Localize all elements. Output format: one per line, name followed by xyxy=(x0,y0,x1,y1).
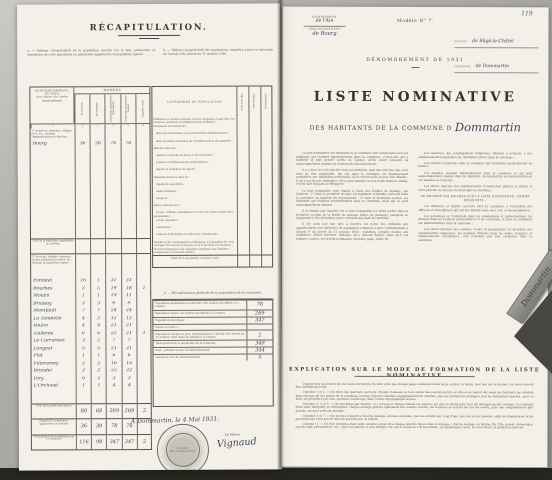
column-header-cell: d'individus (population totale) xyxy=(120,94,135,123)
paragraph: Il ne faudra pas reporter sur la liste n… xyxy=(296,210,408,221)
recapitulation-title: RÉCAPITULATION. xyxy=(17,22,280,33)
canton-line: CANTON de Bâgé-le-Châtel xyxy=(454,27,538,48)
table-a-name-header: QUARTIERS, HAMEAUX, VILLAGES, rues, plac… xyxy=(30,87,74,123)
mayor-signature: Vignaud xyxy=(217,436,258,450)
recap-value: 5 xyxy=(247,355,273,361)
left-page: RÉCAPITULATION. a. — Tableau (récapitula… xyxy=(17,3,282,470)
section1-total-label: Total de la population agglomérée au che… xyxy=(31,239,75,253)
recap-generale-heading: 2. — Récapitulation générale de la popul… xyxy=(152,290,273,295)
instructions-column-2: Les membres des congrégations religieuse… xyxy=(418,152,533,362)
stamp-inner-ring: MAIRIE DE DOMMARTIN xyxy=(166,433,200,467)
instructions-column-1: La liste nominative des habitants de la … xyxy=(296,152,409,362)
canton-label: CANTON xyxy=(455,40,468,43)
commune-name-handwritten: Dommartin xyxy=(455,120,521,134)
denombrement-heading: DÉNOMBREMENT DE 1931 xyxy=(282,58,548,64)
table-b-categories: CATÉGORIES DE POPULATION Sexe masculin S… xyxy=(151,85,273,268)
column-header-cell: d'individus (population municipale) xyxy=(105,94,120,123)
recap-label: Population agglomérée au chef-lieu (1re … xyxy=(153,301,246,310)
section1-label: 1° Quartiers, hameaux, villages, rues, e… xyxy=(31,128,75,141)
total-label: Rappel de la population agglomérée au ch… xyxy=(32,419,76,434)
col-header-cell: Sexe féminin xyxy=(248,87,260,117)
canton-commune-block: CANTON de Bâgé-le-Châtel COMMUNE de Domm… xyxy=(454,27,538,77)
recap-label: absents le jour du dénombrement xyxy=(154,355,247,361)
recap-row: Total général de la population de la com… xyxy=(153,340,272,348)
recap-value: 78 xyxy=(246,300,272,309)
section2-label: 2° Sections, villages, hameaux, écarts, … xyxy=(31,254,75,278)
footnote-a: a. — Tableau (récapitulatif) de la popul… xyxy=(27,49,155,57)
signature-date: À Dommartin, le 4 Mai 1931. xyxy=(131,413,282,425)
department-block: DÉPARTEMENT de l'Ain ARRONDISSEMENT de B… xyxy=(293,16,357,37)
recap-row: (Dont, en outre :) xyxy=(153,323,272,330)
column-header-cell: de maisons xyxy=(74,94,89,123)
maire-label: Le Maire, xyxy=(225,433,241,437)
recap-label: (Dont, en outre :) xyxy=(153,324,246,330)
stamp-text-2: DE DOMMARTIN xyxy=(170,450,196,453)
name-subheader-text: rues, places, etc. (ordre topographique) xyxy=(36,96,67,102)
category-label: Ouvriers étrangers à la commune employés… xyxy=(153,247,237,255)
arrondissement-value: de Bourg xyxy=(293,31,357,37)
book-gutter xyxy=(277,0,284,470)
mairie-stamp: MAIRIE DE DOMMARTIN xyxy=(157,424,209,471)
paragraph: Les personnes en traitement dans les san… xyxy=(418,215,532,226)
ne-doivent-pas-heading: NE DOIVENT PAS FIGURER SUR LA LISTE NOMI… xyxy=(418,195,532,202)
recap-row: Population comptée à part, conformément … xyxy=(153,330,272,340)
table-b-rows: Militaires et marins présents sous les d… xyxy=(152,116,272,255)
table-b-total-row: Total de la population comptée à part xyxy=(153,255,272,268)
column-header-cell: de ménages xyxy=(90,94,105,123)
total-label: Total général de la population de la com… xyxy=(32,435,76,450)
recap-row: absents le jour du dénombrement 5 xyxy=(154,354,273,362)
departement-value: de l'Ain xyxy=(293,19,357,24)
column-header-text: d'individus (population totale) xyxy=(125,94,130,123)
table-a-nombre-group: NOMBRE de maisonsde ménagesd'individus (… xyxy=(74,87,150,123)
recap-value: 347 xyxy=(246,317,272,323)
table-b-header: CATÉGORIES DE POPULATION Sexe masculin S… xyxy=(152,86,271,117)
recap-row: Population éparse (2e section du tableau… xyxy=(153,309,272,317)
empty-rows-filler xyxy=(31,150,150,239)
paragraph: Colonnes 1 et 2. — Les noms des quartier… xyxy=(296,391,534,402)
column-header-cell: comptés à part xyxy=(135,94,150,123)
section1-total-row: Total de la population agglomérée au che… xyxy=(31,238,150,254)
table-a-header: QUARTIERS, HAMEAUX, VILLAGES, rues, plac… xyxy=(30,87,149,124)
commune-label: COMMUNE xyxy=(454,65,470,68)
total-row: Total de la population éparse 80 68 269 … xyxy=(32,402,151,418)
page-number: 119 xyxy=(521,10,532,17)
paragraph: Les malades résidant habituellement dans… xyxy=(418,172,532,183)
column-header-text: d'individus (population municipale) xyxy=(110,94,115,123)
paragraph: La liste nominative des habitants de la … xyxy=(296,152,408,167)
paragraph: Les élèves internes des collèges, écoles… xyxy=(418,228,532,243)
gap-row xyxy=(32,390,151,403)
paragraph: Chaque liste ne portera qu'une seule ins… xyxy=(296,383,534,390)
category-row: Ouvriers étrangers à la commune employés… xyxy=(153,247,272,255)
paragraph: Les militaires et marins casernés dans l… xyxy=(418,205,532,212)
paragraph: Il n'y aura pas non plus à inscrire les … xyxy=(296,223,408,241)
liste-nominative-title: LISTE NOMINATIVE xyxy=(282,89,548,106)
column-header-text: de ménages xyxy=(96,102,99,116)
commune-value: de Dommartin xyxy=(476,64,510,69)
col-header-cell: Sexe masculin xyxy=(236,87,248,117)
recap-label: Population municipale xyxy=(153,317,246,323)
paragraph: Les membres des congrégations religieuse… xyxy=(418,152,532,159)
recap-value: 344 xyxy=(246,348,272,354)
col-header-cell: Total général xyxy=(260,86,272,116)
subtitle-printed: DES HABITANTS DE LA COMMUNE D xyxy=(310,125,453,132)
paragraph: La liste nominative sera établie à l'aid… xyxy=(296,189,408,207)
canton-value: de Bâgé-le-Châtel xyxy=(472,39,513,44)
footnote-b: b. — Tableau (récapitulatif) des populat… xyxy=(163,48,273,56)
recap-value: 349 xyxy=(246,341,272,347)
explication-heading: EXPLICATION SUR LE MODE DE FORMATION DE … xyxy=(282,367,548,380)
table-a-column-headers: de maisonsde ménagesd'individus (populat… xyxy=(74,94,150,123)
recap-label: dont : présents le jour du dénombrement xyxy=(153,348,246,354)
categories-header: CATÉGORIES DE POPULATION xyxy=(152,87,236,117)
column-header-text: comptés à part xyxy=(142,100,145,117)
recap-label: Population comptée à part, conformément … xyxy=(153,331,246,340)
recap-value: 269 xyxy=(246,310,272,316)
paragraph: Les ouvriers domiciliés dans la commune … xyxy=(418,162,532,169)
table-a-totals: Total de la population éparse 80 68 269 … xyxy=(32,402,151,449)
table-a-recapitulation: QUARTIERS, HAMEAUX, VILLAGES, rues, plac… xyxy=(29,86,152,451)
paragraph: Il y a donc lieu d'y inscrire tous les i… xyxy=(296,169,408,187)
table-b-total-label: Total de la population comptée à part xyxy=(153,256,237,267)
recap-row: dont : présents le jour du dénombrement … xyxy=(153,347,272,355)
divider xyxy=(304,25,346,26)
explication-block: Chaque liste ne portera qu'une seule ins… xyxy=(295,383,533,458)
column-header-text: de maisons xyxy=(81,102,84,115)
subtitle: DES HABITANTS DE LA COMMUNE D Dommartin xyxy=(282,119,548,134)
section2-rows: Forestel 16 1 31 31 Bourbes 3 5 19 18 1 xyxy=(31,278,150,391)
right-page: 119 Modèle N° 7. DÉPARTEMENT de l'Ain AR… xyxy=(281,7,548,468)
title-rule xyxy=(118,35,180,36)
title-rule-2 xyxy=(139,38,159,39)
section1-label-row: 1° Quartiers, hameaux, villages, rues, e… xyxy=(31,128,150,142)
total-label: Total de la population éparse xyxy=(32,404,76,419)
recap-label: Total général de la population de la com… xyxy=(153,341,246,347)
section2-label-row: 2° Sections, villages, hameaux, écarts, … xyxy=(31,253,150,279)
small-dash xyxy=(411,67,419,68)
paragraph: Colonnes 6 et 7. — On inscrira d'abord l… xyxy=(296,414,534,421)
recap-value: 2 xyxy=(246,331,272,340)
place-name: Bourg xyxy=(31,141,75,150)
recap-row: Population agglomérée au chef-lieu (1re … xyxy=(153,299,272,309)
paragraph: Colonne 11. — On fera connaître dans cet… xyxy=(295,423,533,430)
recap-row: Population municipale 347 xyxy=(153,316,272,324)
recap-label: Population éparse (2e section du tableau… xyxy=(153,310,246,316)
paragraph: Colonnes 3, 4 et 5. — On procédera par m… xyxy=(296,403,534,414)
recap-value xyxy=(246,324,272,330)
paragraph: Les élèves internes des établissements d… xyxy=(418,185,532,192)
recap-generale-box: Population agglomérée au chef-lieu (1re … xyxy=(152,298,273,407)
total-row: Total général de la population de la com… xyxy=(32,433,151,449)
